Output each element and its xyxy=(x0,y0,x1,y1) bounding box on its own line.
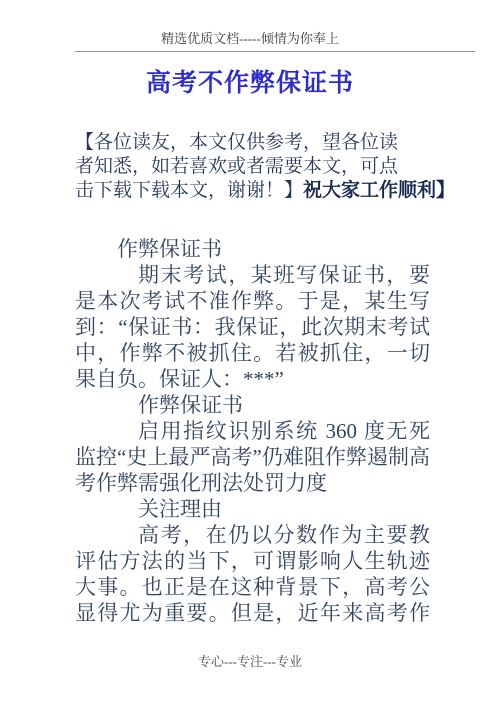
body-line: 期末考试，某班写保证书，要求 xyxy=(75,262,430,288)
header-note: 精选优质文档-----倾情为你奉上 xyxy=(0,0,500,46)
body-line: 显得尤为重要。但是，近年来高考作弊 xyxy=(75,600,430,626)
page-title: 高考不作弊保证书 xyxy=(0,69,500,99)
body-line: 启用指纹识别系统 360 度无死角 xyxy=(75,418,430,444)
body-text: 作弊保证书期末考试，某班写保证书，要求是本次考试不准作弊。于是，某生写到：“保证… xyxy=(75,236,430,626)
body-line: 评估方法的当下，可谓影响人生轨迹的 xyxy=(75,548,430,574)
intro-line-text: 击下载下载本文，谢谢！】 xyxy=(75,180,303,201)
intro-line: 者知悉，如若喜欢或者需要本文，可点 xyxy=(75,155,430,179)
body-line: 大事。也正是在这种背景下，高考公平 xyxy=(75,574,430,600)
body-line: 关注理由 xyxy=(75,496,430,522)
header-divider xyxy=(75,51,475,52)
body-line: 作弊保证书 xyxy=(75,392,430,418)
intro-line: 【各位读友，本文仅供参考，望各位读 xyxy=(75,131,430,155)
body-line: 中，作弊不被抓住。若被抓住，一切后 xyxy=(75,340,430,366)
document-page: 精选优质文档-----倾情为你奉上 高考不作弊保证书 【各位读友，本文仅供参考，… xyxy=(0,0,500,626)
body-line: 监控“史上最严高考”仍难阻作弊遏制高 xyxy=(75,444,430,470)
intro-bold-text: 祝大家工作顺利】 xyxy=(303,180,455,201)
body-line: 高考，在仍以分数作为主要教育 xyxy=(75,522,430,548)
body-line: 是本次考试不准作弊。于是，某生写 xyxy=(75,288,430,314)
intro-line: 击下载下载本文，谢谢！】祝大家工作顺利】 xyxy=(75,179,430,203)
footer-note: 专心---专注---专业 xyxy=(0,651,500,670)
body-line: 考作弊需强化刑法处罚力度 xyxy=(75,470,430,496)
intro-line-text: 者知悉，如若喜欢或者需要本文，可点 xyxy=(75,156,398,177)
body-line: 果自负。保证人：***” xyxy=(75,366,430,392)
body-line: 作弊保证书 xyxy=(75,236,430,262)
body-line: 到：“保证书：我保证，此次期末考试 xyxy=(75,314,430,340)
intro-line-text: 【各位读友，本文仅供参考，望各位读 xyxy=(75,132,398,153)
intro-paragraph: 【各位读友，本文仅供参考，望各位读者知悉，如若喜欢或者需要本文，可点击下载下载本… xyxy=(75,131,430,203)
